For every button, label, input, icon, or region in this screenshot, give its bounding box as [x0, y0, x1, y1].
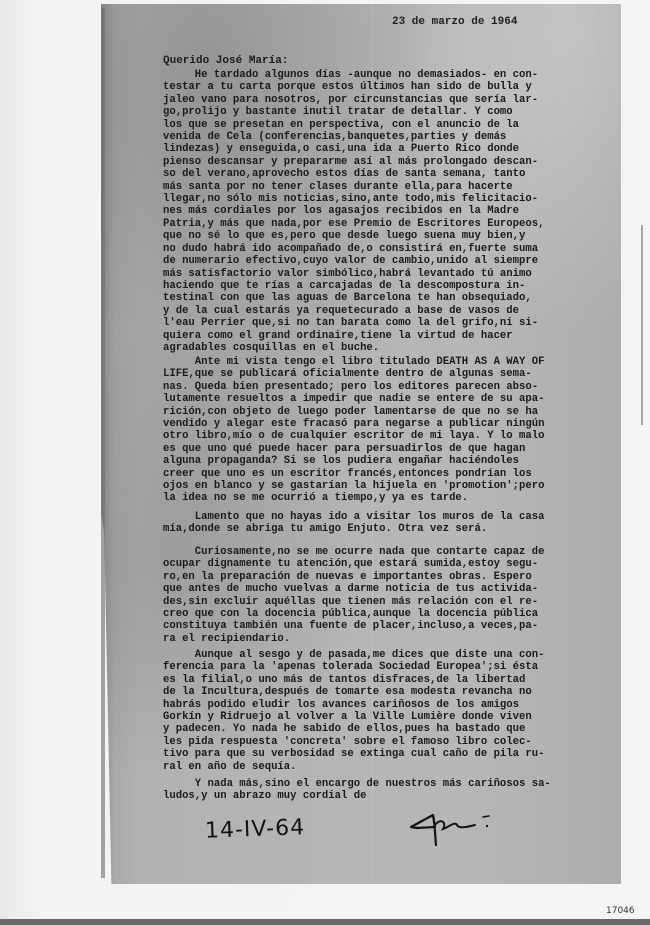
text-line: nas. Queda bien presentado; pero los edi… [163, 381, 623, 393]
text-line: quiera como el grand ordinaire,tiene la … [163, 330, 623, 342]
text-line: les pida respuesta 'concreta' sobre el f… [163, 736, 623, 748]
signature-scribble-icon [405, 805, 515, 850]
text-line: ludos,y un abrazo muy cordial de [163, 790, 623, 802]
paragraph-1: He tardado algunos días -aunque no demas… [163, 69, 623, 354]
text-line: ro,en la preparación de nuevas e importa… [163, 571, 623, 583]
text-line: ojos en blanco y se gastarían la hijuela… [163, 480, 623, 492]
text-line: testinal con que las aguas de Barcelona … [163, 292, 623, 304]
paragraph-2: Ante mi vista tengo el libro titulado DE… [163, 356, 623, 505]
text-line: pienso descansar y prepararme así al más… [163, 156, 623, 168]
text-line: los que se presetan en perspectiva, con … [163, 119, 623, 131]
text-line: mía,donde se abriga tu amigo Enjuto. Otr… [163, 523, 623, 535]
text-line: otro libro,mío o de cualquier escritor d… [163, 430, 623, 442]
text-line: Ante mi vista tengo el libro titulado DE… [163, 356, 623, 368]
text-line: Patria,y más que nada,por ese Premio de … [163, 218, 623, 230]
text-line: ra el recipiendario. [163, 633, 623, 645]
text-line: Lamento que no hayas ido a visitar los m… [163, 511, 623, 523]
text-line: vendido y alegar este fracasó para negar… [163, 418, 623, 430]
text-line: y de la cual estarás ya requetecurado a … [163, 305, 623, 317]
text-line: de numerario efectivo,cuyo valor de camb… [163, 255, 623, 267]
handwritten-date: 14-IV-64 [205, 815, 306, 843]
text-line: haciendo que te rías a carcajadas de la … [163, 280, 623, 292]
text-line: Aunque al sesgo y de pasada,me dices que… [163, 649, 623, 661]
paragraph-6-closing: Y nada más,sino el encargo de nuestros m… [163, 778, 623, 803]
text-line: llegar,no sólo mis noticias,sino,ante to… [163, 193, 623, 205]
text-line: testar a tu carta porque estos últimos h… [163, 81, 623, 93]
text-line: alguna propaganda? Si se los pudiera eng… [163, 455, 623, 467]
text-line: y padecen. Yo nada he sabido de ellos,pu… [163, 723, 623, 735]
paragraph-3: Lamento que no hayas ido a visitar los m… [163, 511, 623, 536]
text-line: creer que uno es un escritor francés,ent… [163, 468, 623, 480]
text-line: so del verano,aprovecho estos días de sa… [163, 168, 623, 180]
signature: Ayala [405, 805, 515, 850]
text-line: agradables cosquillas en el buche. [163, 342, 623, 354]
text-line: venida de Cela (conferencias,banquetes,p… [163, 131, 623, 143]
text-line: de la Incultura,después de tomarte esa m… [163, 686, 623, 698]
text-line: ocupar dignamente tu atención,que estará… [163, 558, 623, 570]
text-line: He tardado algunos días -aunque no demas… [163, 69, 623, 81]
text-line: es que uno qué puede hacer para persuadi… [163, 443, 623, 455]
text-line: ferencia para la 'apenas tolerada Socied… [163, 661, 623, 673]
text-line: es la filial,o uno más de tantos disfrac… [163, 674, 623, 686]
text-line: go,prolijo y bastante inutil tratar de d… [163, 106, 623, 118]
letter-date: 23 de marzo de 1964 [392, 16, 517, 28]
text-line: Y nada más,sino el encargo de nuestros m… [163, 778, 623, 790]
text-line: habrás podido eludir los avances cariños… [163, 699, 623, 711]
letter-salutation: Querido José María: [163, 55, 288, 67]
text-line: l'eau Perrier que,si no tan barata como … [163, 317, 623, 329]
text-line: LIFE,que se publicará oficialmente dentr… [163, 368, 623, 380]
text-line: des,sin excluir aquéllas que tienen más … [163, 596, 623, 608]
archive-number: 17046 [606, 906, 635, 916]
text-line: lutamente resueltos a impedir que nadie … [163, 393, 623, 405]
text-line: constituya también una fuente de placer,… [163, 620, 623, 632]
text-line: nes más cordiales por los agasajos recib… [163, 205, 623, 217]
text-line: la idea no se me ocurrió a tiempo,y ya e… [163, 492, 623, 504]
text-line: Gorkín y Ridruejo al volver a la Ville L… [163, 711, 623, 723]
scanner-edge [0, 919, 650, 925]
paragraph-4: Curiosamente,no se me ocurre nada que co… [163, 546, 623, 645]
text-line: que antes de mucho vuelvas a darme notic… [163, 583, 623, 595]
paragraph-5: Aunque al sesgo y de pasada,me dices que… [163, 649, 623, 773]
text-line: que no sé lo que es,pero que desde luego… [163, 230, 623, 242]
text-line: no dudo habrá ido acompañado de,o consis… [163, 243, 623, 255]
text-line: más satisfactorio valor simbólico,habrá … [163, 268, 623, 280]
text-line: más santa por no tener clases durante el… [163, 181, 623, 193]
text-line: Curiosamente,no se me ocurre nada que co… [163, 546, 623, 558]
text-line: lindezas) y enseguida,o casi,una ida a P… [163, 143, 623, 155]
text-line: creo que con la docencia pública,aunque … [163, 608, 623, 620]
text-line: ral en año de sequía. [163, 761, 623, 773]
text-line: rición,con objeto de luego poder lamenta… [163, 406, 623, 418]
text-line: tivo para que su verbosidad se extinga c… [163, 748, 623, 760]
text-line: jaleo vano para nosotros, por circunstan… [163, 94, 623, 106]
paper-edge-mark [641, 225, 643, 425]
paper-left-edge-shadow [101, 8, 105, 878]
